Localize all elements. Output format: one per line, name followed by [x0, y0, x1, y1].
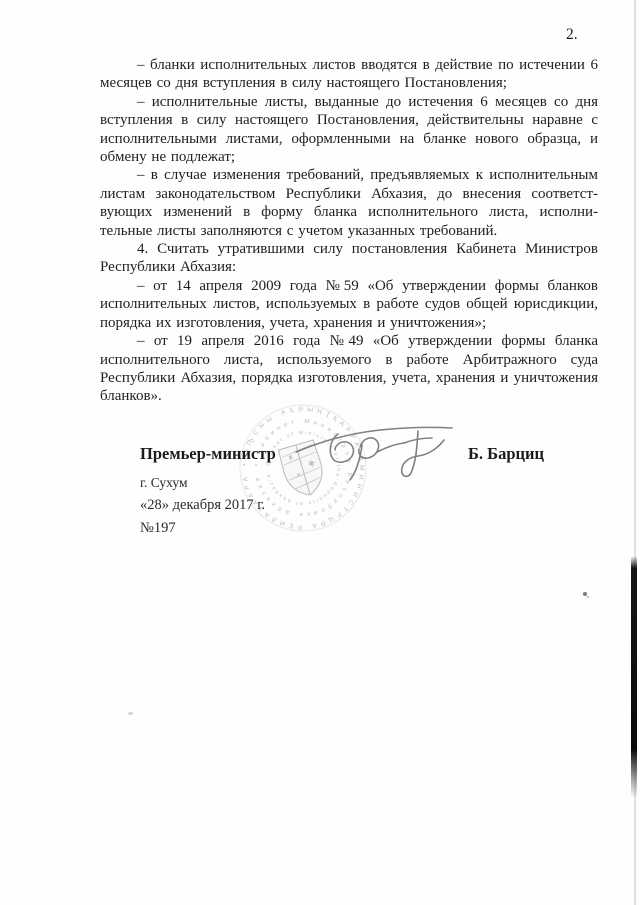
paragraph: 4. Считать утратившими силу постановлени… — [100, 240, 598, 277]
signer-name: Б. Барциц — [468, 444, 544, 464]
signature-ink — [285, 408, 465, 493]
signer-title: Премьер-министр — [140, 444, 276, 464]
page-number: 2. — [566, 26, 578, 44]
paragraph: – от 19 апреля 2016 года №49 «Об утвержд… — [100, 332, 598, 406]
paragraph: – бланки исполнительных листов вводятся … — [100, 56, 598, 93]
signature-date: «28» декабря 2017 г. — [140, 497, 265, 514]
document-page: 2. – бланки исполнительных листов вводят… — [0, 0, 640, 905]
paragraph: – от 14 апреля 2009 года №59 «Об утвержд… — [100, 277, 598, 332]
scan-speck — [583, 592, 587, 596]
scan-speck — [128, 712, 133, 715]
paragraph: – в случае изменения требований, предъяв… — [100, 166, 598, 240]
document-body: – бланки исполнительных листов вводятся … — [100, 56, 598, 406]
document-number: №197 — [140, 520, 176, 537]
paragraph: – исполнительные листы, выданные до исте… — [100, 93, 598, 167]
scan-edge-shadow — [631, 556, 637, 798]
signature-city: г. Сухум — [140, 475, 188, 491]
